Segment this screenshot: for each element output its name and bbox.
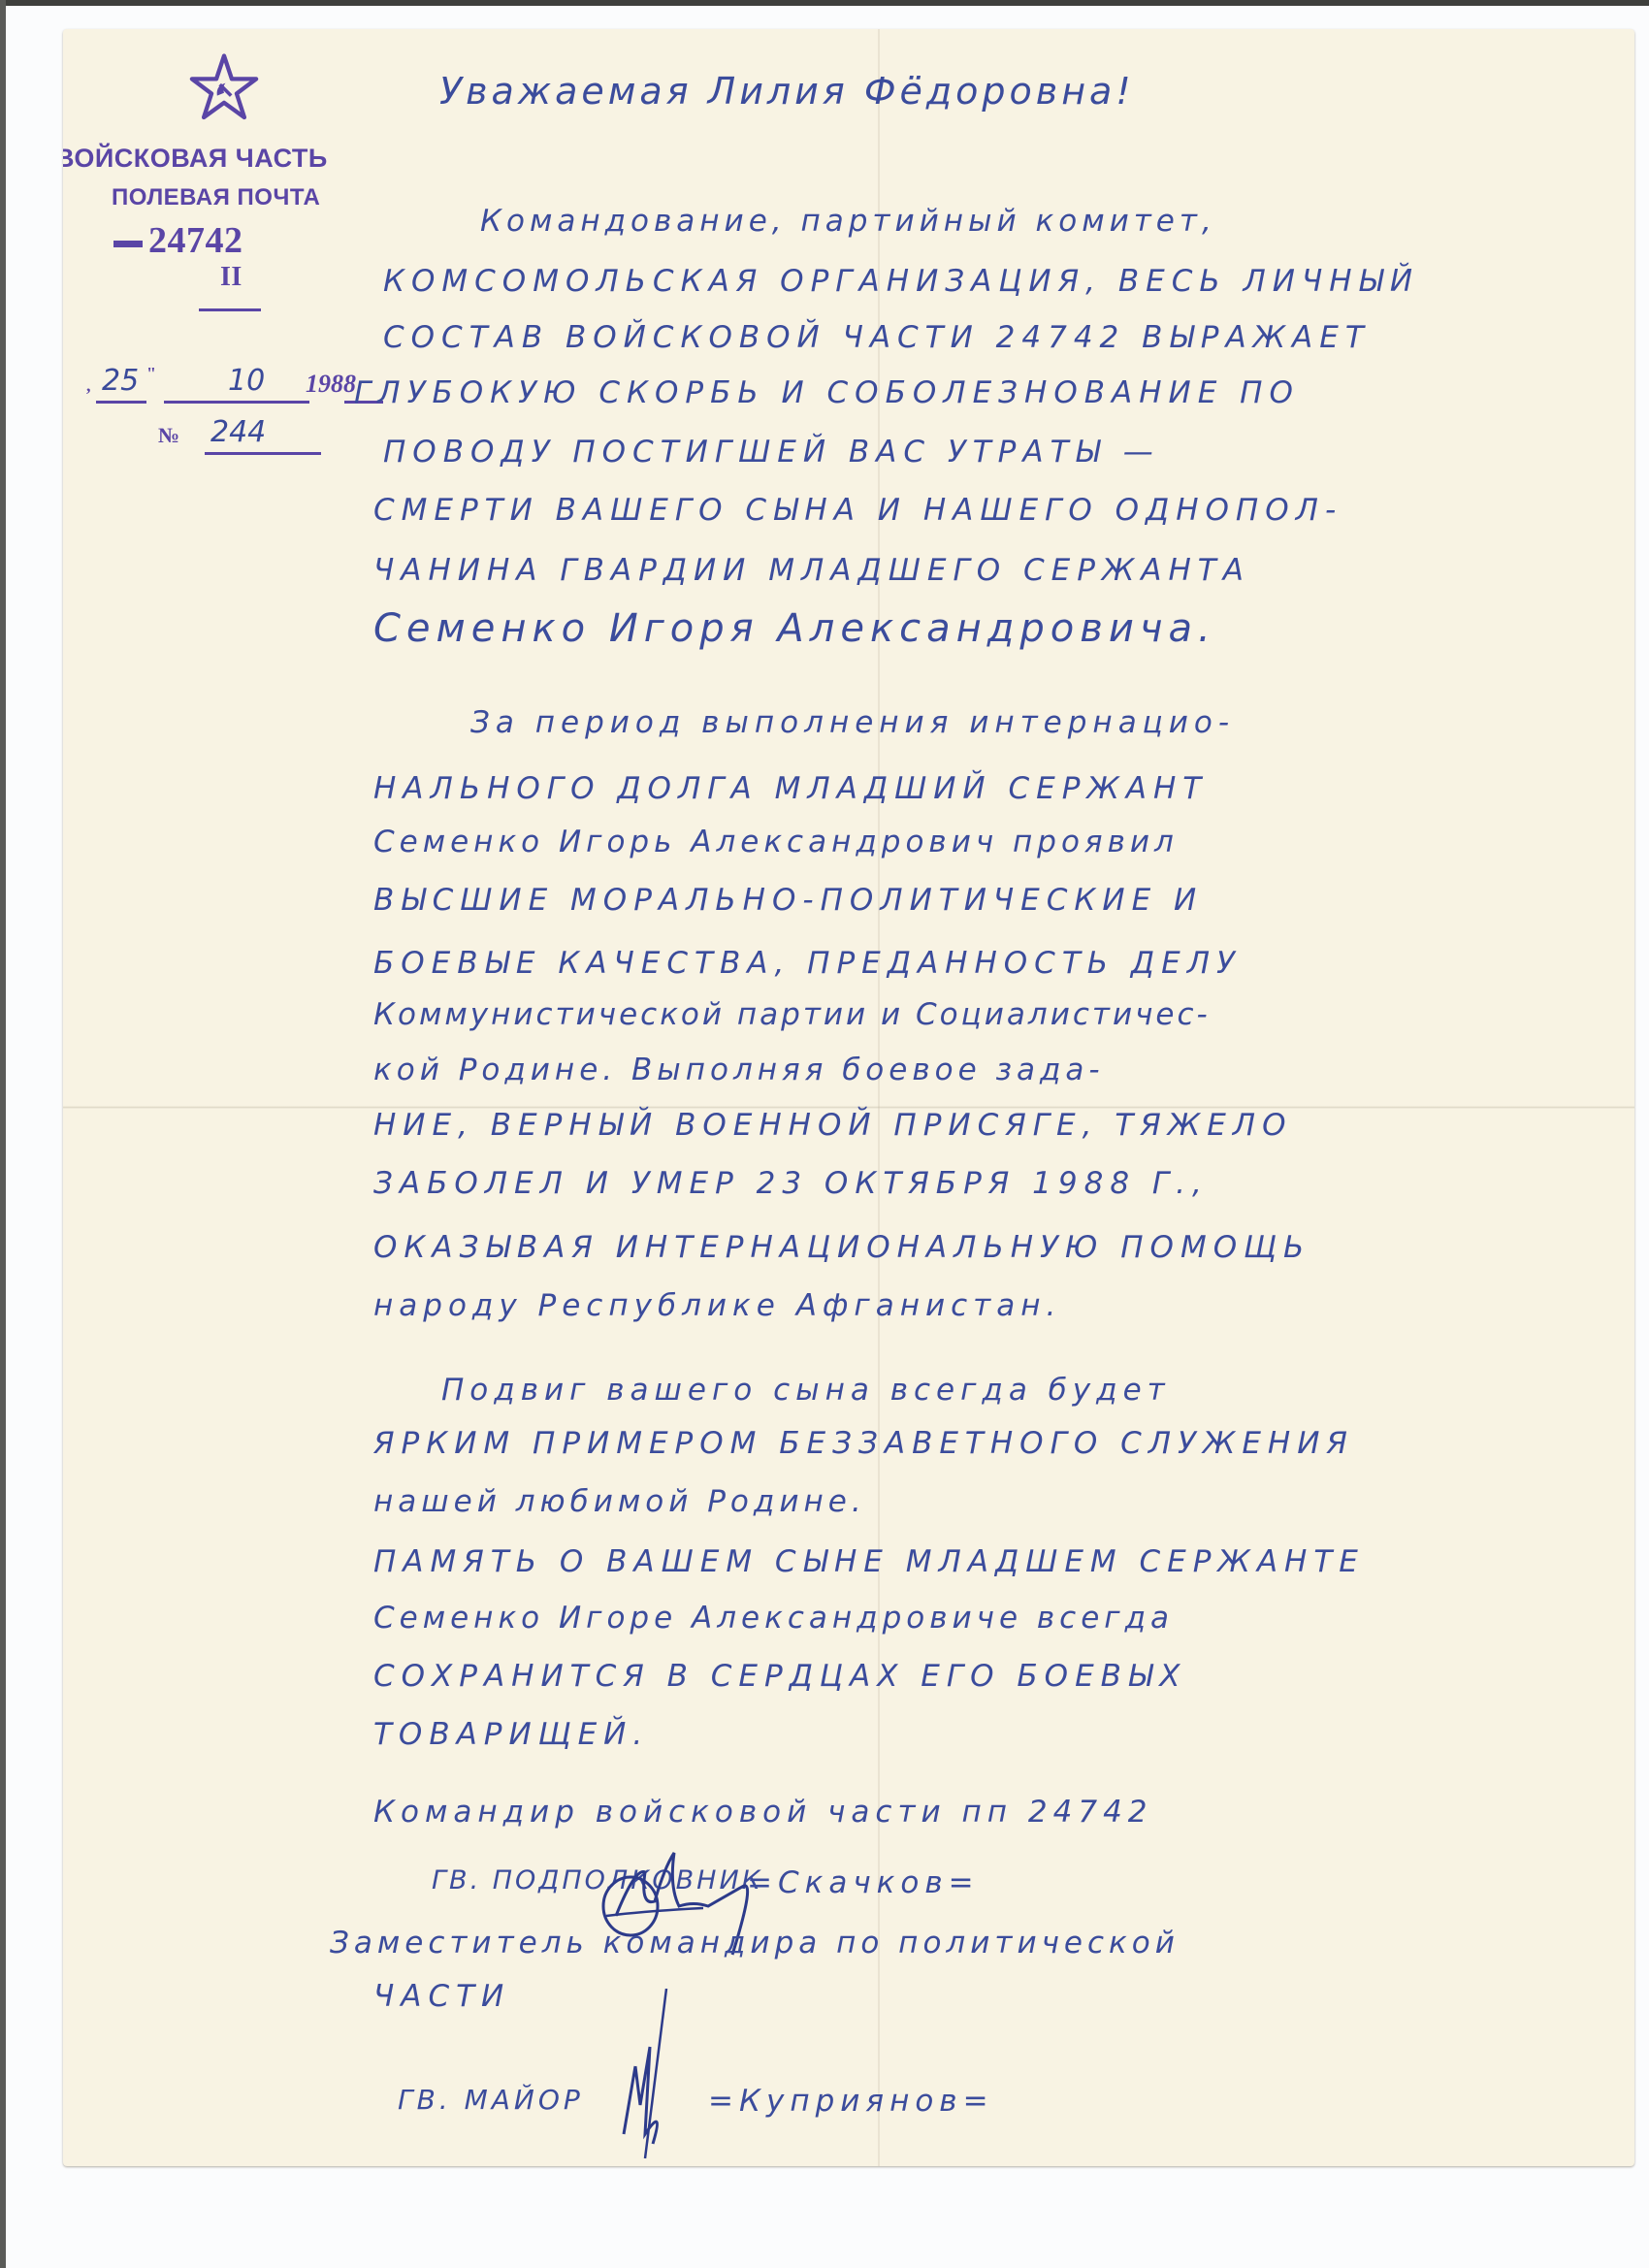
body-line: комсомольская организация, весь личный: [383, 264, 1419, 299]
stamp-reg-number: № 244: [141, 417, 393, 456]
body-line-name: Семенко Игорь Александрович проявил: [373, 825, 1179, 859]
body-line: заболел и умер 23 октября 1988 г.,: [373, 1166, 1209, 1201]
stamp-roman-numeral: II: [220, 262, 242, 293]
body-line-name: Семенко Игоря Александровича.: [373, 606, 1216, 651]
body-line: нального долга младший сержант: [373, 771, 1208, 806]
body-line: Командование, партийный комитет,: [480, 204, 1216, 239]
stamp-dash: [113, 241, 143, 247]
commander-name: =Скачков=: [747, 1865, 980, 1900]
date-month: 10: [228, 364, 265, 398]
star-hammer-sickle-icon: [189, 52, 259, 122]
stamp-unit-label: ВОЙСКОВАЯ ЧАСТЬ: [63, 144, 328, 174]
body-line-name: Семенко Игоре Александровиче всегда: [373, 1601, 1174, 1636]
body-line: высшие морально-политические и: [373, 883, 1203, 918]
deputy-name: =Куприянов=: [708, 2084, 994, 2119]
letter-page: ВОЙСКОВАЯ ЧАСТЬ ПОЛЕВАЯ ПОЧТА 24742 II ,…: [63, 29, 1634, 2166]
body-line: народу Республике Афганистан.: [373, 1288, 1061, 1323]
quote-mark: ": [146, 364, 156, 384]
deputy-title: Заместитель командира по политической: [330, 1926, 1180, 1960]
body-line: За период выполнения интернацио-: [470, 705, 1235, 740]
scanner-edge-top: [0, 0, 1649, 6]
body-line: состав войсковой части 24742 выражает: [383, 320, 1371, 355]
body-line: боевые качества, преданность делу: [373, 946, 1242, 981]
body-line: поводу постигшей Вас утраты —: [383, 435, 1160, 470]
body-line: чанина гвардии младшего сержанта: [373, 553, 1250, 588]
body-line: товарищей.: [373, 1717, 649, 1752]
deputy-signature: [606, 1989, 694, 2163]
stamp-underline: [199, 308, 261, 311]
body-line: ярким примером беззаветного служения: [373, 1426, 1354, 1461]
body-line: Подвиг вашего сына всегда будет: [441, 1373, 1171, 1408]
number-sign: №: [158, 423, 179, 448]
registration-number: 244: [210, 415, 266, 449]
body-line: сохранится в сердцах его боевых: [373, 1659, 1187, 1694]
date-month-underline: [164, 401, 309, 404]
date-day: 25: [102, 364, 139, 398]
number-underline: [205, 452, 321, 455]
scanner-edge-left: [0, 0, 6, 2268]
stamp-post-label: ПОЛЕВАЯ ПОЧТА: [112, 184, 320, 211]
body-line: кой Родине. Выполняя боевое зада-: [373, 1053, 1105, 1087]
deputy-title-2: части: [373, 1979, 510, 2014]
body-line: Память о вашем сыне младшем сержанте: [373, 1544, 1365, 1579]
body-line: нашей любимой Родине.: [373, 1484, 866, 1519]
body-line: смерти вашего сына и нашего однопол-: [373, 493, 1342, 528]
body-line: Коммунистической партии и Социалистичес-: [373, 997, 1211, 1032]
body-line: ние, верный военной присяге, тяжело: [373, 1108, 1293, 1143]
body-line: глубокую скорбь и соболезнование по: [354, 375, 1300, 410]
date-day-underline: [96, 401, 146, 404]
body-line: оказывая интернациональную помощь: [373, 1230, 1310, 1265]
salutation: Уважаемая Лилия Фёдоровна!: [439, 70, 1135, 113]
date-year: 1988: [306, 370, 356, 399]
stamp-unit-number: 24742: [148, 219, 243, 262]
commander-title: Командир войсковой части пп 24742: [373, 1795, 1153, 1830]
deputy-rank: гв. майор: [398, 2084, 584, 2116]
quote-mark: ,: [86, 375, 91, 396]
